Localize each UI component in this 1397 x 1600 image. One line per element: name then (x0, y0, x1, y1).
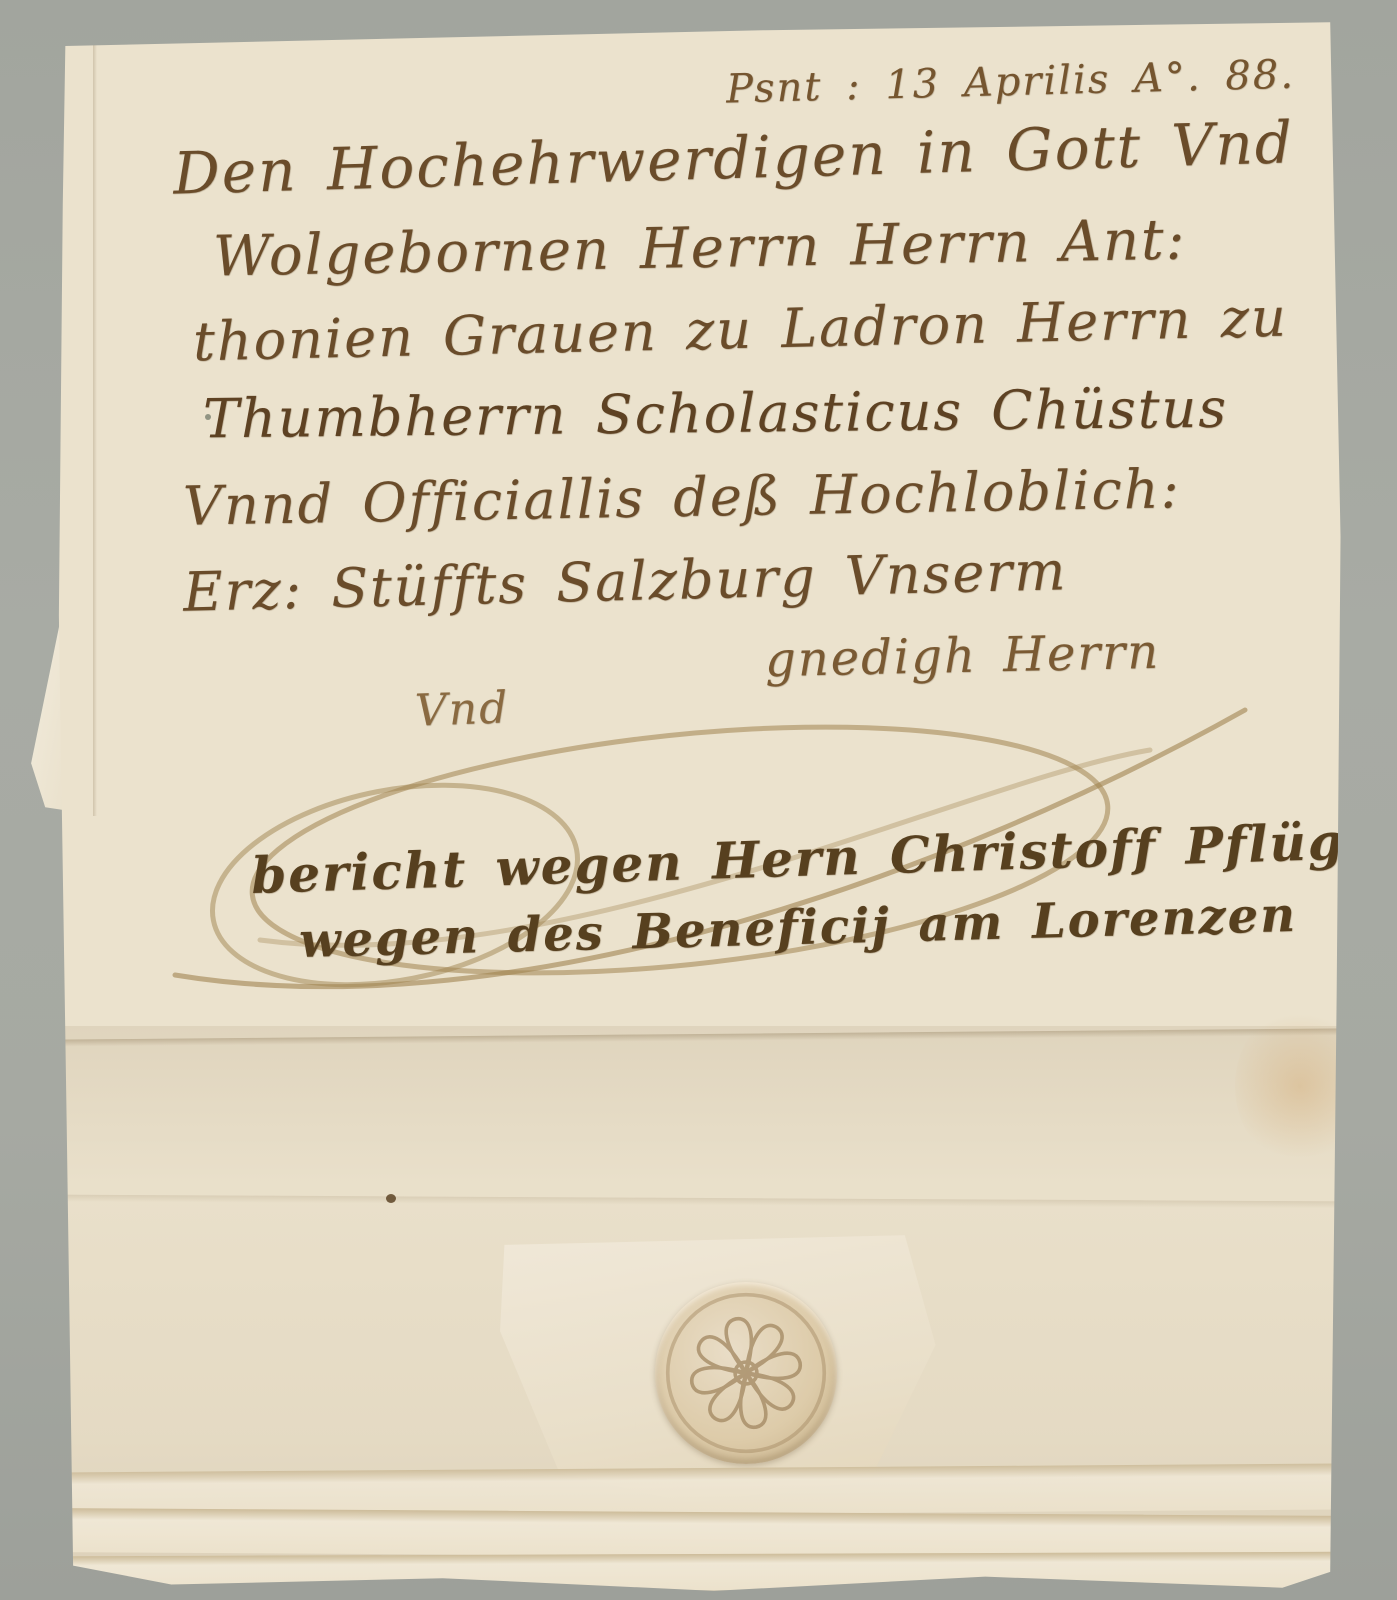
bottom-fold-edge (61, 1552, 1339, 1592)
letter-paper: Psnt : 13 Aprilis A°. 88. Den Hochehrwer… (55, 16, 1347, 1594)
address-line-4: Thumbherrn Scholasticus Chüstus (203, 377, 1229, 451)
embossed-seal (655, 1282, 837, 1464)
seal-rosette-icon (655, 1282, 837, 1464)
address-line-3: thonien Grauen zu Ladron Herrn zu (192, 286, 1288, 374)
address-line-1: Den Hochehrwerdigen in Gott Vnd (172, 108, 1294, 207)
photo-background: Psnt : 13 Aprilis A°. 88. Den Hochehrwer… (0, 0, 1397, 1600)
date-annotation: Psnt : 13 Aprilis A°. 88. (655, 52, 1296, 115)
address-line-2: Wolgebornen Herrn Herrn Ant: (213, 208, 1187, 290)
address-line-5: Vnnd Officiallis deß Hochloblich: (183, 457, 1182, 537)
paper-stain (1235, 1006, 1365, 1166)
fold-crease-vertical (93, 16, 97, 816)
address-line-6: Erz: Stüffts Salzburg Vnserm (182, 539, 1068, 624)
ink-speck (386, 1194, 396, 1203)
